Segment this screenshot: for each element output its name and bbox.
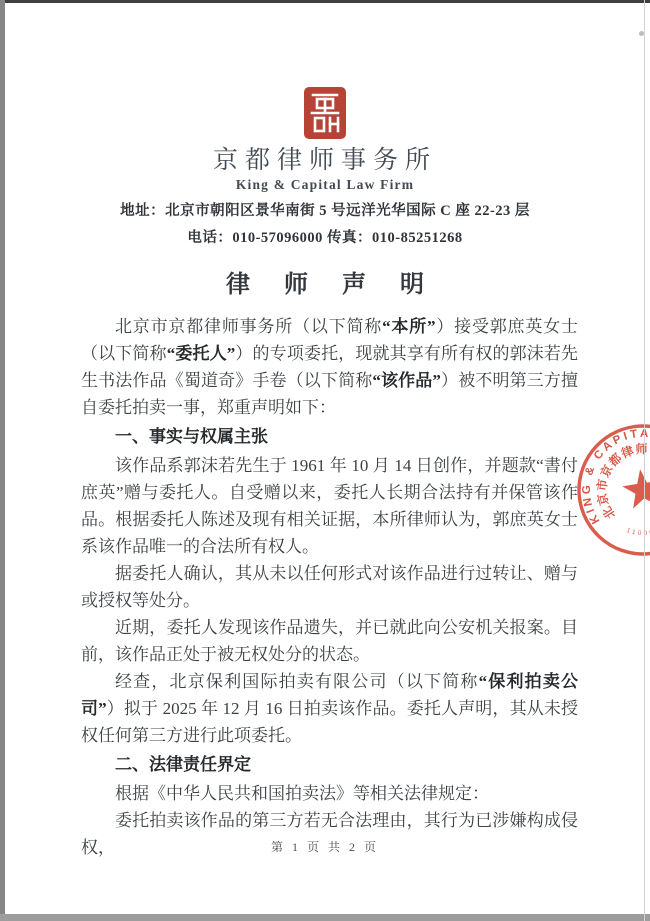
svg-text:1100010: 1100010 <box>625 522 650 540</box>
stamp-star-icon <box>620 466 650 509</box>
stamp-serial-number: 1100010 <box>625 522 650 540</box>
section-heading: 二、法律责任界定 <box>81 751 578 778</box>
body-paragraph: 根据《中华人民共和国拍卖法》等相关法律规定： <box>81 780 578 807</box>
body-paragraph: 据委托人确认，其从未以任何形式对该作品进行过转让、赠与或授权等处分。 <box>81 560 578 614</box>
firm-square-seal-logo-icon <box>303 86 347 140</box>
scanned-legal-document-page: 京都律师事务所 King & Capital Law Firm 地址：北京市朝阳… <box>0 0 650 921</box>
scan-edge-right <box>644 0 645 921</box>
firm-phone-fax: 电话：010-57096000 传真：010-85251268 <box>0 229 650 247</box>
document-body: 北京市京都律师事务所（以下简称“本所”）接受郭庶英女士（以下简称“委托人”）的专… <box>81 313 578 861</box>
page-number: 第 1 页 共 2 页 <box>0 838 650 855</box>
firm-round-stamp: KING & CAPITAL 北京市京都律师事务所 1100010 <box>572 408 650 578</box>
document-title: 律 师 声 明 <box>0 269 650 301</box>
scan-edge-top <box>0 0 650 3</box>
scan-edge-bottom <box>0 914 650 921</box>
body-paragraph: 近期，委托人发现该作品遗失，并已就此向公安机关报案。目前，该作品正处于被无权处分… <box>81 614 578 668</box>
scan-edge-left <box>0 0 5 921</box>
letterhead: 京都律师事务所 King & Capital Law Firm 地址：北京市朝阳… <box>0 86 650 247</box>
body-paragraph: 经查，北京保利国际拍卖有限公司（以下简称“保利拍卖公司”）拟于 2025 年 1… <box>81 668 578 749</box>
firm-name-chinese: 京都律师事务所 <box>0 146 650 176</box>
firm-name-english: King & Capital Law Firm <box>0 176 650 193</box>
body-paragraph: 该作品系郭沫若先生于 1961 年 10 月 14 日创作，并题款“書付庶英”赠… <box>81 452 578 560</box>
firm-address: 地址：北京市朝阳区景华南街 5 号远洋光华国际 C 座 22-23 层 <box>0 202 650 220</box>
body-paragraph: 北京市京都律师事务所（以下简称“本所”）接受郭庶英女士（以下简称“委托人”）的专… <box>81 313 578 421</box>
scan-smudge <box>639 31 644 36</box>
section-heading: 一、事实与权属主张 <box>81 423 578 450</box>
